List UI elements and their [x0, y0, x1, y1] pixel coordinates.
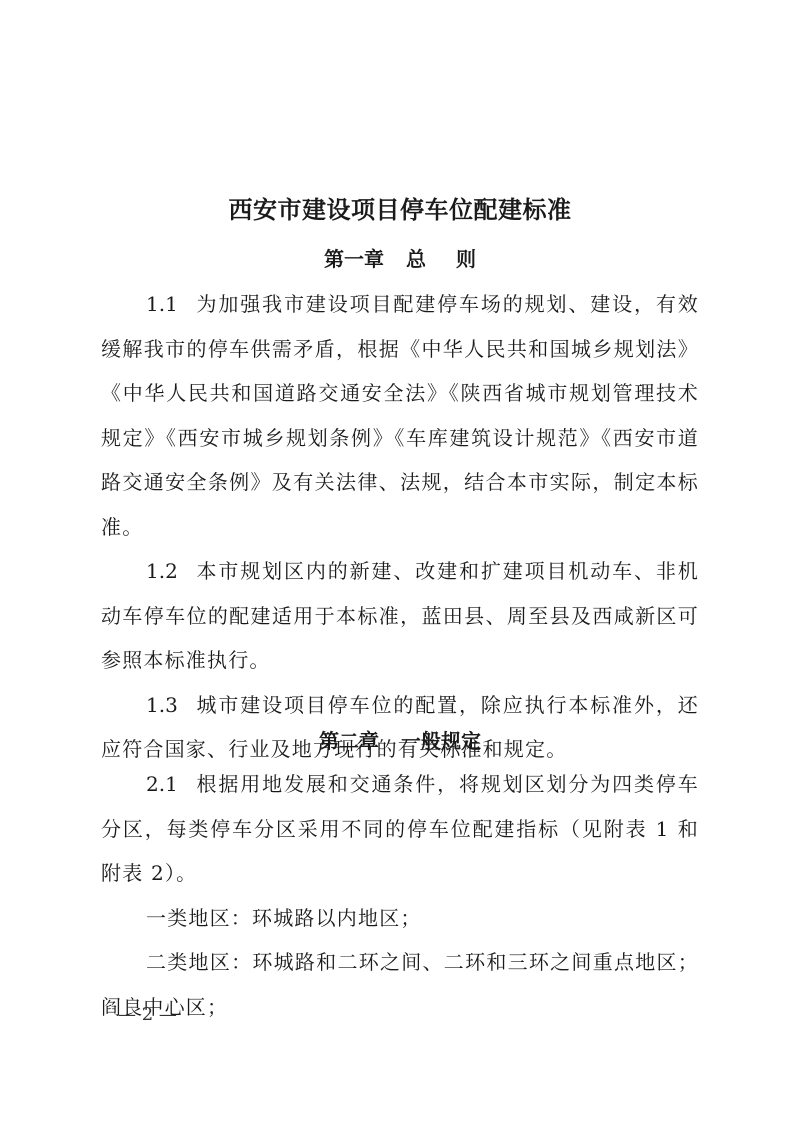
- document-title: 西安市建设项目停车位配建标准: [0, 194, 800, 226]
- chapter-1-label: 第一章: [324, 247, 384, 271]
- page-number: — 2 —: [118, 1003, 177, 1027]
- zone-class-2: 二类地区：环城路和二环之间、二环和三环之间重点地区；阎良中心区；: [101, 940, 699, 1029]
- paragraph-text: 二类地区：环城路和二环之间、二环和三环之间重点地区；阎良中心区；: [101, 950, 699, 1019]
- paragraph-number: 1.1: [146, 292, 178, 316]
- zone-class-1: 一类地区：环城路以内地区；: [101, 896, 699, 941]
- chapter-1-name-part2: 则: [456, 247, 476, 271]
- chapter-2-name: 一般规定: [401, 729, 481, 753]
- paragraph-text: 一类地区：环城路以内地区；: [146, 906, 422, 930]
- paragraph-number: 2.1: [146, 772, 178, 796]
- paragraph-text: 根据用地发展和交通条件，将规划区划分为四类停车分区，每类停车分区采用不同的停车位…: [101, 772, 699, 885]
- paragraph-1-2: 1.2本市规划区内的新建、改建和扩建项目机动车、非机动车停车位的配建适用于本标准…: [101, 549, 699, 683]
- paragraph-text: 本市规划区内的新建、改建和扩建项目机动车、非机动车停车位的配建适用于本标准，蓝田…: [101, 559, 699, 672]
- paragraph-1-1: 1.1为加强我市建设项目配建停车场的规划、建设，有效缓解我市的停车供需矛盾，根据…: [101, 282, 699, 549]
- chapter-2-body: 2.1根据用地发展和交通条件，将规划区划分为四类停车分区，每类停车分区采用不同的…: [101, 762, 699, 1029]
- paragraph-2-1: 2.1根据用地发展和交通条件，将规划区划分为四类停车分区，每类停车分区采用不同的…: [101, 762, 699, 896]
- chapter-2-heading: 第二章一般规定: [0, 726, 800, 756]
- paragraph-number: 1.3: [146, 693, 178, 717]
- paragraph-number: 1.2: [146, 559, 178, 583]
- chapter-1-body: 1.1为加强我市建设项目配建停车场的规划、建设，有效缓解我市的停车供需矛盾，根据…: [101, 282, 699, 772]
- chapter-1-name-part1: 总: [406, 247, 426, 271]
- document-page: 西安市建设项目停车位配建标准 第一章总则 1.1为加强我市建设项目配建停车场的规…: [0, 0, 800, 1132]
- chapter-1-heading: 第一章总则: [0, 244, 800, 274]
- paragraph-text: 为加强我市建设项目配建停车场的规划、建设，有效缓解我市的停车供需矛盾，根据《中华…: [101, 292, 699, 539]
- chapter-2-label: 第二章: [319, 729, 379, 753]
